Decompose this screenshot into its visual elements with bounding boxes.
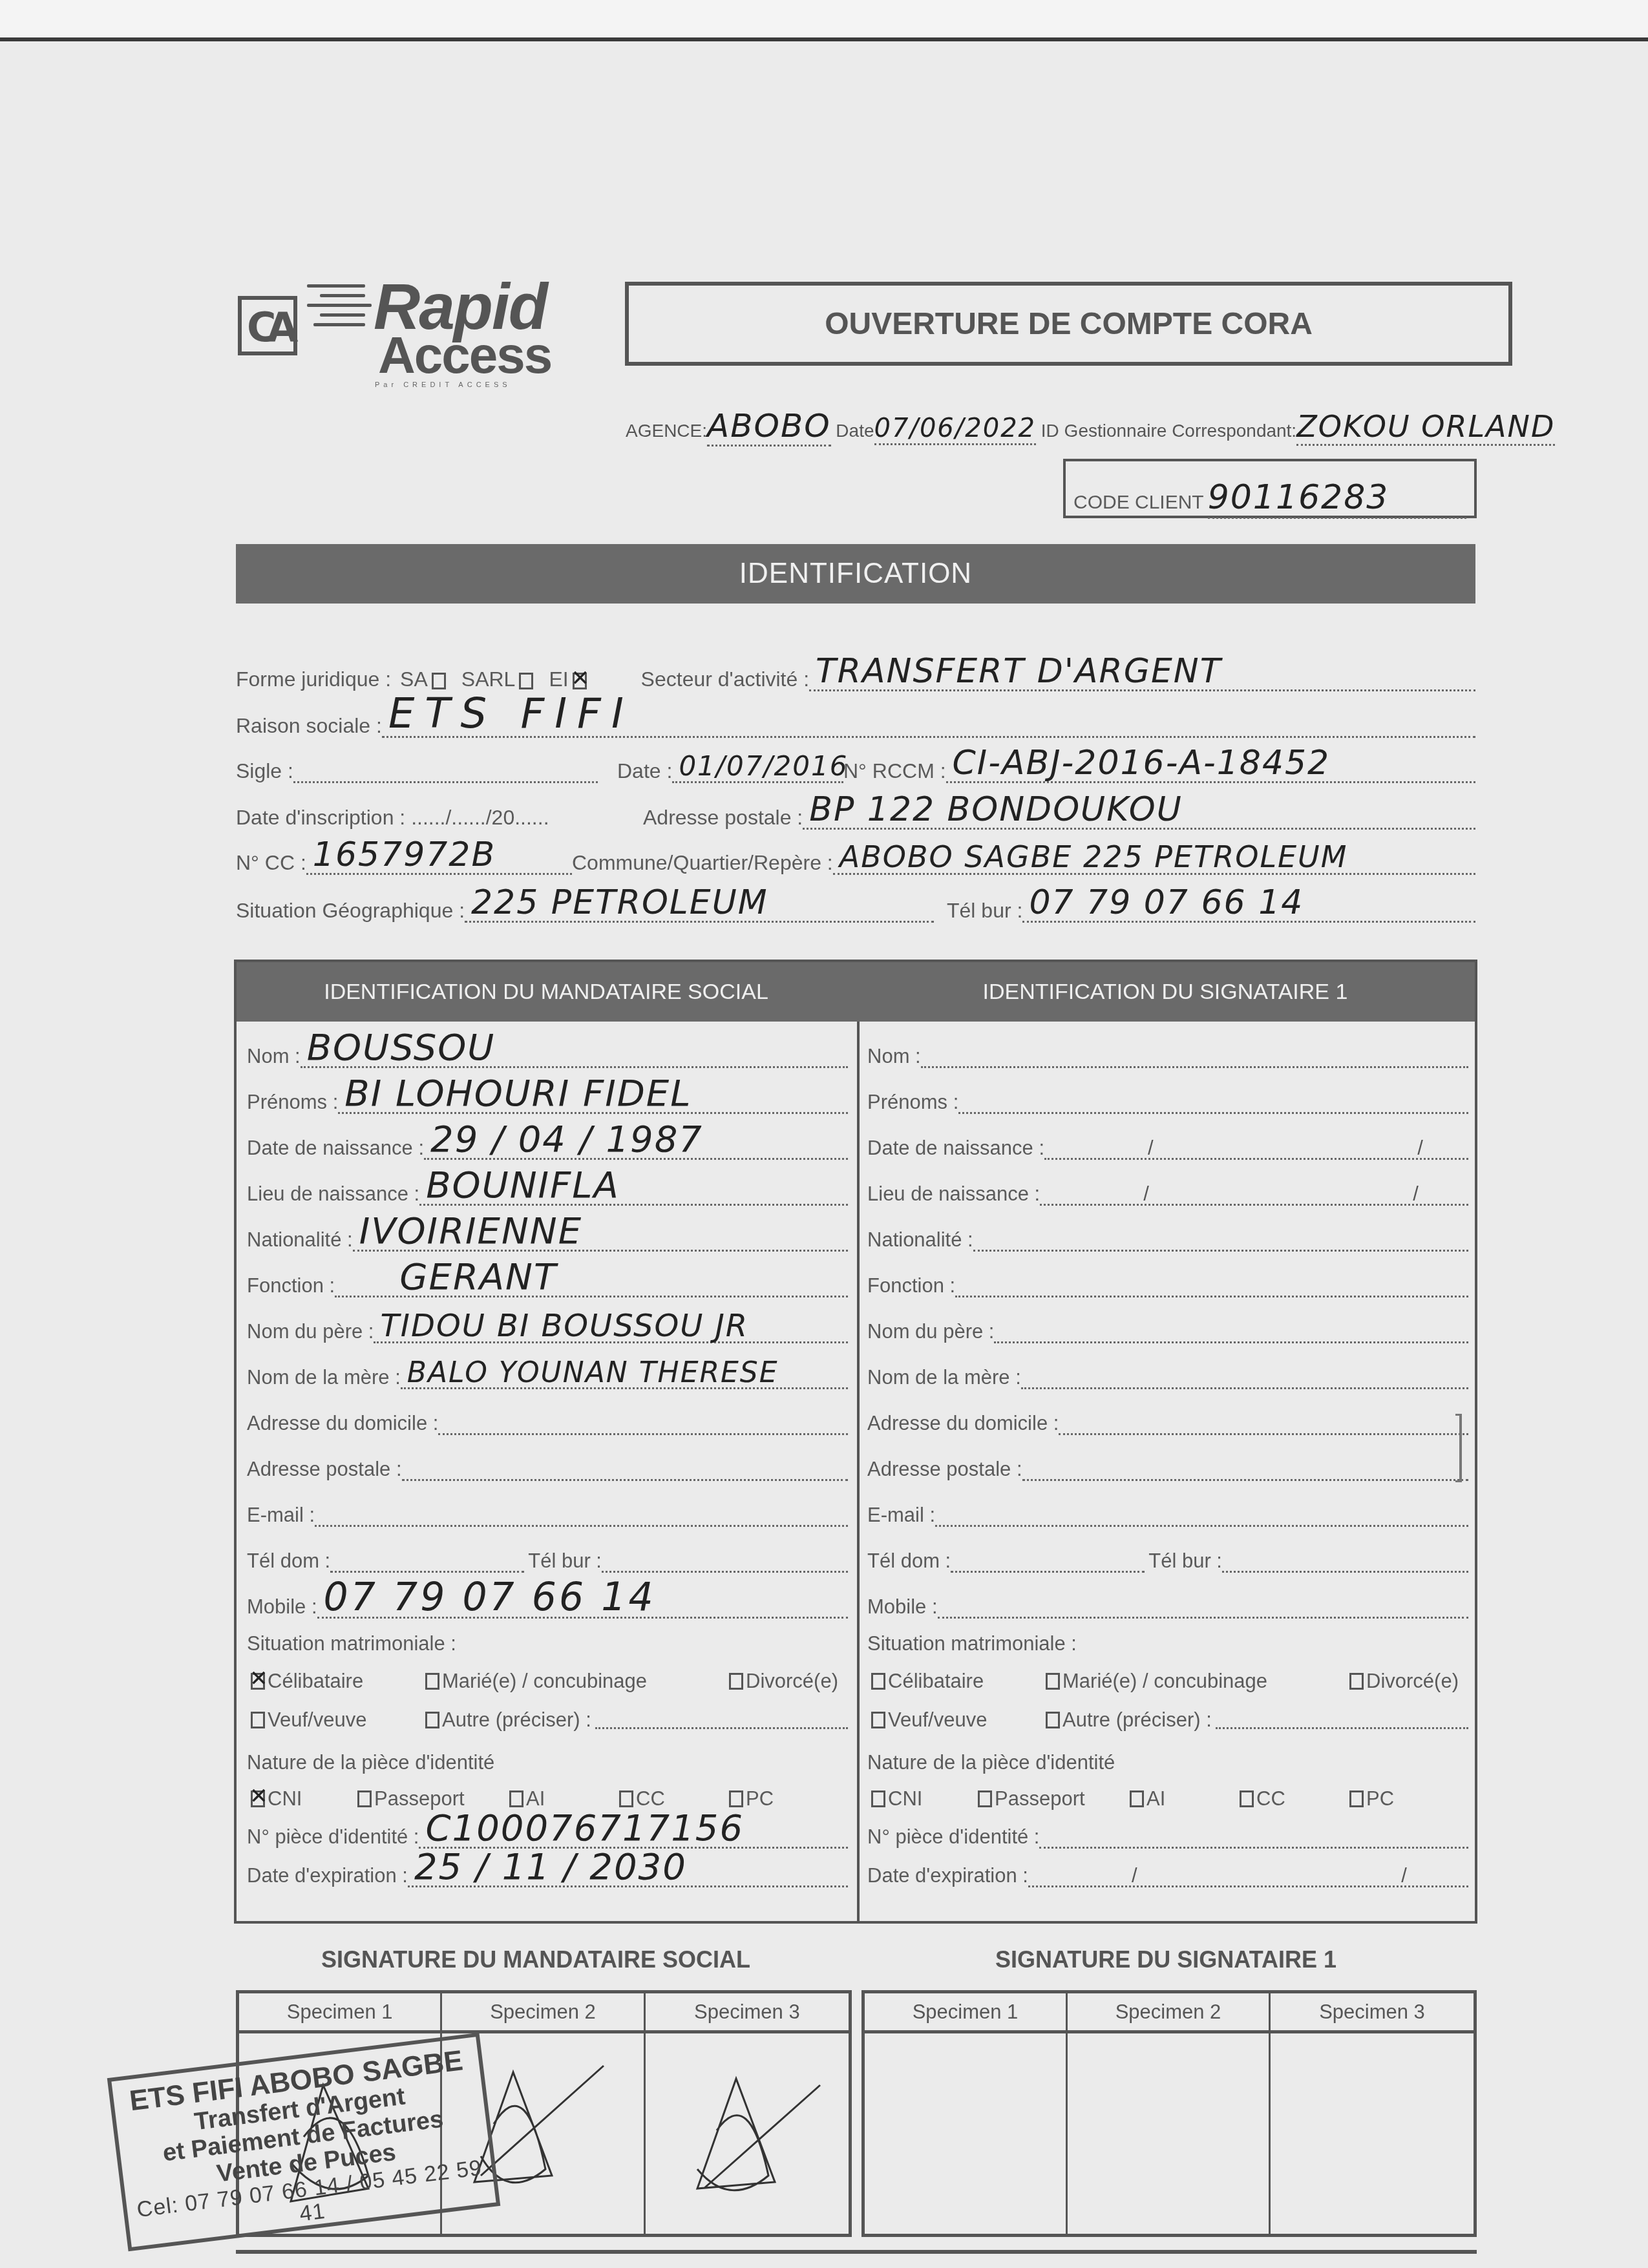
sig-specimen-3-signature[interactable] [1271, 2033, 1474, 2234]
sig-option-ai[interactable]: AI [1126, 1787, 1236, 1811]
signataire-lieu-field[interactable]: / / [1040, 1178, 1468, 1206]
mandataire-mere-field[interactable]: BALO YOUNAN THERESE [401, 1361, 848, 1389]
mandataire-mobile-row: Mobile :07 79 07 66 14 [247, 1580, 848, 1619]
sig-checkbox-veuf[interactable] [871, 1712, 885, 1728]
sig-specimen-1-header: Specimen 1 [865, 1993, 1068, 2033]
secteur-label: Secteur d'activité : [641, 667, 809, 691]
signataire-mobile-field[interactable] [938, 1591, 1468, 1619]
checkbox-passeport[interactable] [357, 1790, 372, 1807]
rccm-field[interactable]: CI-ABJ-2016-A-18452 [946, 753, 1475, 783]
signataire-domicile-field[interactable] [1059, 1407, 1468, 1435]
signataire-lieu-row: Lieu de naissance :/ / [867, 1167, 1468, 1206]
mandataire-tel-bur-field[interactable] [602, 1545, 848, 1573]
mandataire-expiration-field[interactable]: 25 / 11 / 2030 [408, 1860, 848, 1887]
mandataire-email-row: E-mail : [247, 1488, 848, 1527]
checkbox-ai[interactable] [509, 1790, 523, 1807]
situation-field[interactable]: 225 PETROLEUM [465, 892, 934, 923]
mandataire-adresse-postale-field[interactable] [402, 1453, 848, 1481]
secteur-field[interactable]: TRANSFERT D'ARGENT [809, 661, 1475, 691]
checkbox-cc[interactable] [619, 1790, 633, 1807]
sig-checkbox-celibataire[interactable] [871, 1673, 885, 1690]
signataire-situation-options-1: Célibataire Marié(e) / concubinage Divor… [867, 1665, 1468, 1697]
checkbox-ei[interactable] [573, 673, 587, 689]
sig-specimen-3-header: Specimen 3 [1271, 1993, 1474, 2033]
signataire-mere-field[interactable] [1021, 1361, 1468, 1389]
date-field[interactable]: 07/06/2022 [874, 414, 1037, 445]
sig-option-autre[interactable]: Autre (préciser) : [1042, 1708, 1468, 1732]
mandataire-email-field[interactable] [315, 1499, 848, 1527]
raison-sociale-field[interactable]: ETS FIFI [382, 708, 1475, 738]
signataire-email-field[interactable] [935, 1499, 1468, 1527]
forme-secteur-row: Forme juridique : SA SARL EI Secteur d'a… [236, 653, 1475, 691]
bottom-rule [236, 2250, 1477, 2254]
speed-lines-icon [307, 284, 372, 336]
signataire-mere-row: Nom de la mère : [867, 1350, 1468, 1389]
signataire-email-row: E-mail : [867, 1488, 1468, 1527]
signataire-domicile-row: Adresse du domicile : [867, 1396, 1468, 1435]
rccm-group: N° RCCM :CI-ABJ-2016-A-18452 [843, 753, 1475, 783]
raison-sociale-row: Raison sociale : ETS FIFI [236, 699, 1475, 738]
signataire-adresse-postale-field[interactable] [1022, 1453, 1468, 1481]
mandataire-tel-dom-field[interactable] [330, 1545, 524, 1573]
commune-field[interactable]: ABOBO SAGBE 225 PETROLEUM [833, 845, 1475, 875]
sig-checkbox-cni[interactable] [871, 1790, 885, 1807]
signataire-prenoms-row: Prénoms : [867, 1075, 1468, 1114]
date-field[interactable]: 01/07/2016 [672, 753, 843, 783]
signataire-tel-dom-field[interactable] [951, 1545, 1145, 1573]
signataire-tel-row: Tél dom : Tél bur : [867, 1534, 1468, 1573]
mandataire-nom-field[interactable]: BOUSSOU [301, 1040, 848, 1068]
signataire-situation-label: Situation matrimoniale : [867, 1628, 1468, 1660]
ncc-commune-row: N° CC :1657972B Commune/Quartier/Repère … [236, 836, 1475, 875]
signataire-tel-bur-field[interactable] [1222, 1545, 1468, 1573]
sigle-group: Sigle : [236, 753, 598, 783]
mandataire-nom-row: Nom :BOUSSOU [247, 1029, 848, 1068]
signataire-nationalite-row: Nationalité : [867, 1213, 1468, 1252]
sigle-field[interactable] [293, 753, 598, 783]
option-sa[interactable]: SA [400, 667, 449, 691]
code-client-field[interactable]: 90116283 [1208, 478, 1466, 519]
identification-band: IDENTIFICATION [236, 544, 1475, 604]
mandataire-fonction-field[interactable]: GERANT [335, 1270, 848, 1297]
adresse-postale-group: Adresse postale :BP 122 BONDOUKOU [643, 799, 1475, 830]
mandataire-signature-title: SIGNATURE DU MANDATAIRE SOCIAL [321, 1946, 750, 1973]
mandataire-prenoms-field[interactable]: BI LOHOURI FIDEL [338, 1086, 848, 1114]
mandataire-piece-label: Nature de la pièce d'identité [247, 1747, 848, 1779]
checkbox-veuf[interactable] [251, 1712, 265, 1728]
identification-columns: IDENTIFICATION DU MANDATAIRE SOCIAL IDEN… [234, 960, 1477, 1924]
gestionnaire-label: ID Gestionnaire Correspondant: [1041, 421, 1296, 441]
signataire-mobile-row: Mobile : [867, 1580, 1468, 1619]
sig-specimen-1-signature[interactable] [865, 2033, 1068, 2234]
option-marie[interactable]: Marié(e) / concubinage [421, 1670, 725, 1693]
credit-access-logo-icon: CA [238, 296, 297, 355]
checkbox-celibataire[interactable] [251, 1673, 265, 1690]
signataire-signature-title: SIGNATURE DU SIGNATAIRE 1 [995, 1946, 1336, 1973]
signataire-expiration-row: Date d'expiration :/ / [867, 1849, 1468, 1887]
sig-specimen-2-header: Specimen 2 [1068, 1993, 1271, 2033]
signataire-piece-label: Nature de la pièce d'identité [867, 1747, 1468, 1779]
header-line: AGENCE:ABOBO Date07/06/2022 ID Gestionna… [626, 407, 1555, 446]
mandataire-tel-row: Tél dom : Tél bur : [247, 1534, 848, 1573]
signataire-fonction-field[interactable] [955, 1270, 1468, 1297]
sig-checkbox-ai[interactable] [1130, 1790, 1144, 1807]
sig-option-veuf[interactable]: Veuf/veuve [867, 1708, 1042, 1732]
code-client-label: CODE CLIENT [1073, 492, 1204, 513]
sig-checkbox-passeport[interactable] [978, 1790, 992, 1807]
signataire-expiration-field[interactable]: / / [1028, 1860, 1468, 1887]
mandataire-mere-row: Nom de la mère :BALO YOUNAN THERESE [247, 1350, 848, 1389]
agence-field[interactable]: ABOBO [707, 407, 831, 446]
brand-tagline: Par CREDIT ACCESS [375, 381, 511, 389]
option-ei[interactable]: EI [549, 667, 589, 691]
mandataire-naissance-row: Date de naissance :29 / 04 / 1987 [247, 1121, 848, 1160]
signataire-pere-field[interactable] [994, 1316, 1468, 1343]
tel-bur-group: Tél bur :07 79 07 66 14 [947, 892, 1475, 923]
sig-option-passeport[interactable]: Passeport [974, 1787, 1126, 1811]
mandataire-situation-options-1: Célibataire Marié(e) / concubinage Divor… [247, 1665, 848, 1697]
mandataire-prenoms-row: Prénoms :BI LOHOURI FIDEL [247, 1075, 848, 1114]
situation-group: Situation Géographique :225 PETROLEUM [236, 892, 934, 923]
checkbox-sarl[interactable] [519, 673, 533, 689]
sig-option-divorce[interactable]: Divorcé(e) [1346, 1670, 1459, 1693]
ncc-group: N° CC :1657972B [236, 845, 572, 875]
signataire-naissance-row: Date de naissance :/ / [867, 1121, 1468, 1160]
sig-checkbox-cc[interactable] [1240, 1790, 1254, 1807]
signataire-nationalite-field[interactable] [973, 1224, 1468, 1252]
mandataire-pere-field[interactable]: TIDOU BI BOUSSOU JR [374, 1316, 848, 1343]
sig-option-cc[interactable]: CC [1236, 1787, 1346, 1811]
mandataire-nationalite-field[interactable]: IVOIRIENNE [353, 1224, 848, 1252]
mandataire-mobile-field[interactable]: 07 79 07 66 14 [317, 1591, 848, 1619]
situation-tel-row: Situation Géographique :225 PETROLEUM Té… [236, 884, 1475, 923]
mandataire-domicile-field[interactable] [438, 1407, 848, 1435]
scan-edge [0, 0, 1648, 41]
tel-bur-field[interactable]: 07 79 07 66 14 [1022, 892, 1475, 923]
signataire-signature-table: Specimen 1 Specimen 2 Specimen 3 [861, 1990, 1477, 2237]
mandataire-num-piece-row: N° pièce d'identité :C100076717156 [247, 1810, 848, 1849]
mandataire-naissance-field[interactable]: 29 / 04 / 1987 [424, 1132, 848, 1160]
mandataire-domicile-row: Adresse du domicile : [247, 1396, 848, 1435]
sig-option-marie[interactable]: Marié(e) / concubinage [1042, 1670, 1346, 1693]
specimen-3-header: Specimen 3 [646, 1993, 849, 2033]
brand-name-line2: Access [378, 330, 551, 381]
mandataire-lieu-field[interactable]: BOUNIFLA [419, 1178, 848, 1206]
signataire-pere-row: Nom du père : [867, 1305, 1468, 1343]
option-divorce[interactable]: Divorcé(e) [725, 1670, 838, 1693]
signataire-adresse-postale-row: Adresse postale : [867, 1442, 1468, 1481]
mandataire-expiration-row: Date d'expiration :25 / 11 / 2030 [247, 1849, 848, 1887]
signataire-fonction-row: Fonction : [867, 1259, 1468, 1297]
staple-mark [1455, 1414, 1462, 1482]
mandataire-lieu-row: Lieu de naissance :BOUNIFLA [247, 1167, 848, 1206]
mandataire-nationalite-row: Nationalité :IVOIRIENNE [247, 1213, 848, 1252]
signataire-nom-field[interactable] [921, 1040, 1468, 1068]
signataire-prenoms-field[interactable] [958, 1086, 1468, 1114]
sigle-date-rccm-row: Sigle : Date :01/07/2016 N° RCCM :CI-ABJ… [236, 744, 1475, 783]
date-group: Date :01/07/2016 [617, 753, 843, 783]
date-label: Date [836, 421, 874, 441]
ncc-field[interactable]: 1657972B [306, 845, 572, 875]
checkbox-marie[interactable] [425, 1673, 439, 1690]
signataire-header: IDENTIFICATION DU SIGNATAIRE 1 [856, 962, 1475, 1022]
signataire-naissance-field[interactable]: / / [1044, 1132, 1468, 1160]
form-title: OUVERTURE DE COMPTE CORA [625, 282, 1512, 366]
mandataire-num-piece-field[interactable]: C100076717156 [419, 1821, 848, 1849]
sig-option-cni[interactable]: CNI [867, 1787, 974, 1811]
option-celibataire[interactable]: Célibataire [247, 1670, 421, 1693]
commune-group: Commune/Quartier/Repère :ABOBO SAGBE 225… [572, 845, 1475, 875]
checkbox-divorce[interactable] [729, 1673, 743, 1690]
option-autre[interactable]: Autre (préciser) : [421, 1708, 848, 1732]
mandataire-situation-options-2: Veuf/veuve Autre (préciser) : [247, 1704, 848, 1736]
checkbox-autre[interactable] [425, 1712, 439, 1728]
inscription-adresse-row: Date d'inscription : ....../....../20...… [236, 791, 1475, 830]
mandataire-pere-row: Nom du père :TIDOU BI BOUSSOU JR [247, 1305, 848, 1343]
adresse-postale-field[interactable]: BP 122 BONDOUKOU [803, 799, 1475, 830]
signataire-nom-row: Nom : [867, 1029, 1468, 1068]
option-sarl[interactable]: SARL [461, 667, 536, 691]
option-cni[interactable]: CNI [247, 1787, 354, 1811]
option-veuf[interactable]: Veuf/veuve [247, 1708, 421, 1732]
sig-option-celibataire[interactable]: Célibataire [867, 1670, 1042, 1693]
agence-label: AGENCE: [626, 421, 707, 441]
sig-option-pc[interactable]: PC [1346, 1787, 1394, 1811]
mandataire-header: IDENTIFICATION DU MANDATAIRE SOCIAL [237, 962, 856, 1022]
column-divider [857, 1022, 860, 1924]
checkbox-sa[interactable] [432, 673, 446, 689]
specimen-3-signature[interactable] [646, 2033, 849, 2234]
mandataire-situation-label: Situation matrimoniale : [247, 1628, 848, 1660]
forme-juridique-label: Forme juridique : [236, 667, 391, 691]
date-inscription-field[interactable]: Date d'inscription : ....../....../20...… [236, 806, 643, 830]
signataire-num-piece-row: N° pièce d'identité : [867, 1810, 1468, 1849]
sig-checkbox-divorce[interactable] [1349, 1673, 1364, 1690]
signature-icon [671, 2053, 865, 2247]
signataire-situation-options-2: Veuf/veuve Autre (préciser) : [867, 1704, 1468, 1736]
secteur-field-group: Secteur d'activité : TRANSFERT D'ARGENT [641, 661, 1475, 691]
signataire-num-piece-field[interactable] [1039, 1821, 1468, 1849]
checkbox-cni[interactable] [251, 1790, 265, 1807]
raison-sociale-label: Raison sociale : [236, 714, 382, 738]
checkbox-pc[interactable] [729, 1790, 743, 1807]
code-client-box: CODE CLIENT90116283 [1063, 459, 1477, 518]
sig-checkbox-autre[interactable] [1046, 1712, 1060, 1728]
gestionnaire-field[interactable]: ZOKOU ORLAND [1296, 409, 1555, 446]
sig-checkbox-pc[interactable] [1349, 1790, 1364, 1807]
specimen-2-header: Specimen 2 [442, 1993, 645, 2033]
sig-checkbox-marie[interactable] [1046, 1673, 1060, 1690]
mandataire-adresse-postale-row: Adresse postale : [247, 1442, 848, 1481]
mandataire-fonction-row: Fonction :GERANT [247, 1259, 848, 1297]
specimen-1-header: Specimen 1 [239, 1993, 442, 2033]
sig-specimen-2-signature[interactable] [1068, 2033, 1271, 2234]
